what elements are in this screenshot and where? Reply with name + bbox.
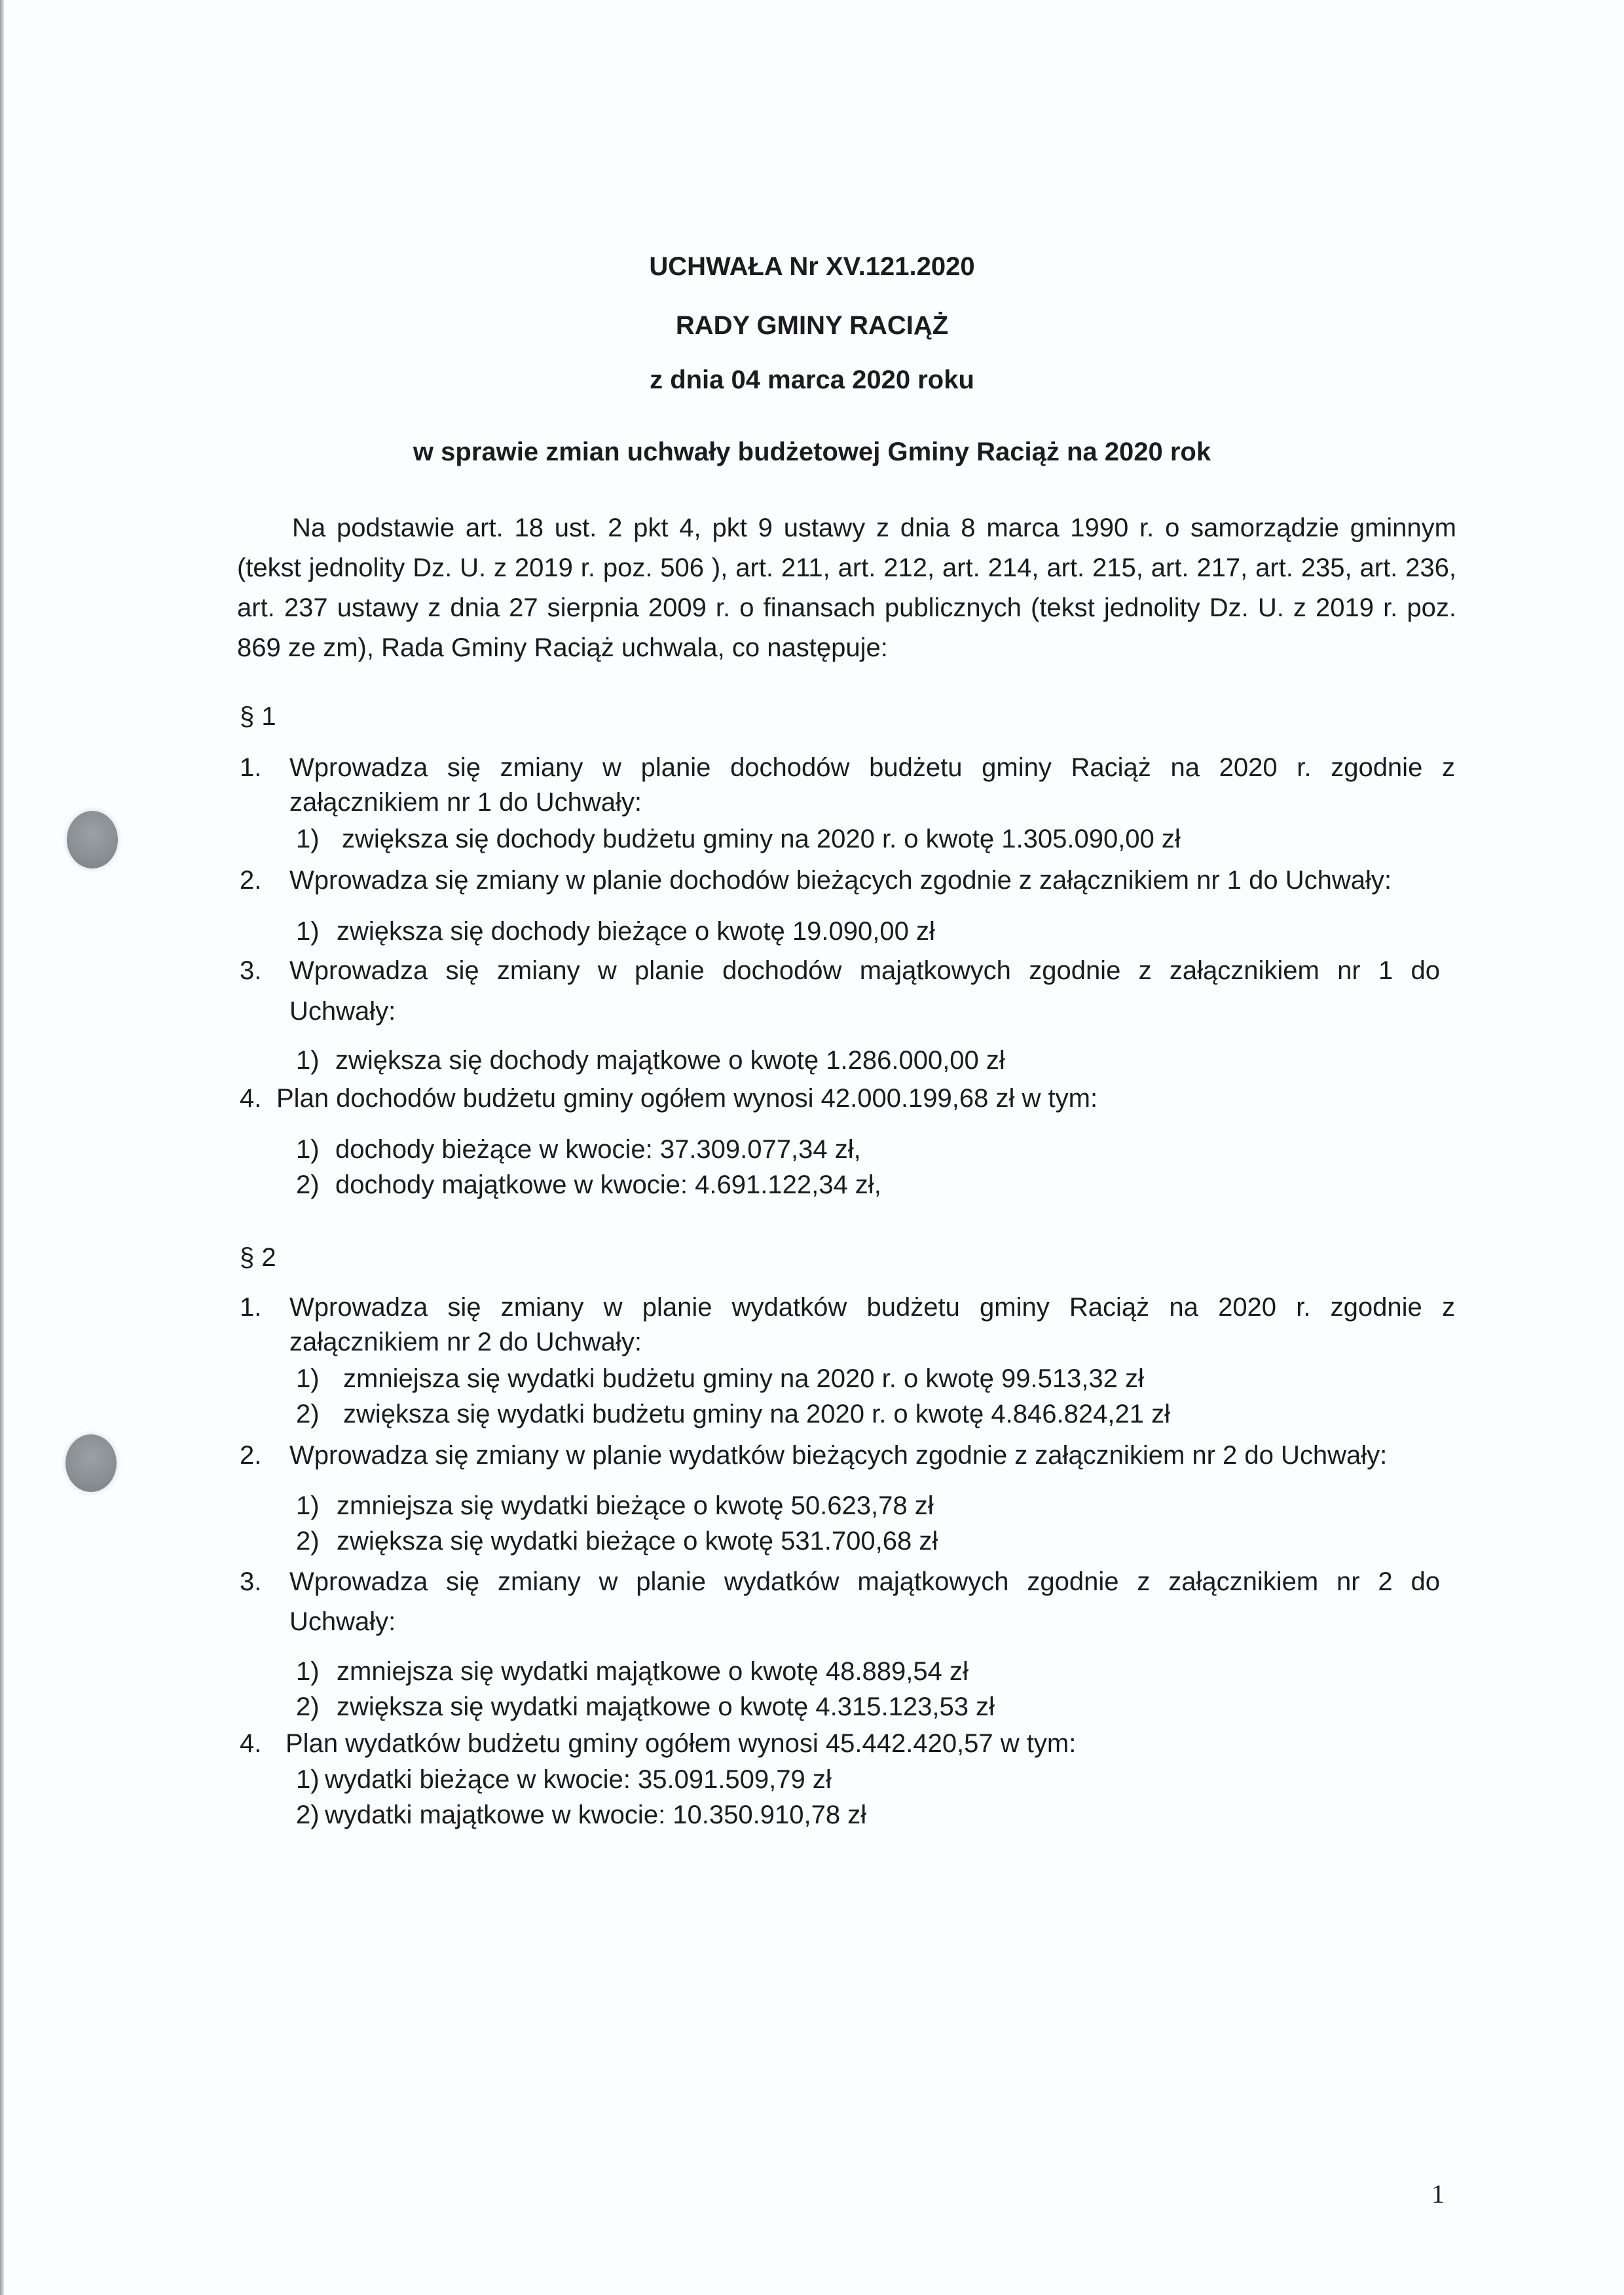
sub-item-text: zmniejsza się wydatki bieżące o kwotę 50… bbox=[337, 1491, 934, 1521]
resolution-subject: w sprawie zmian uchwały budżetowej Gminy… bbox=[0, 438, 1624, 467]
sub-item-text: wydatki bieżące w kwocie: 35.091.509,79 … bbox=[325, 1765, 832, 1795]
sub-number: 1) bbox=[296, 1491, 320, 1521]
list-number: 1. bbox=[240, 753, 261, 783]
sub-number: 2) bbox=[296, 1527, 320, 1556]
section-mark-2: § 2 bbox=[240, 1243, 276, 1273]
page-number: 1 bbox=[1431, 2178, 1445, 2209]
list-item-text: Wprowadza się zmiany w planie wydatków b… bbox=[289, 1293, 1455, 1322]
punch-hole bbox=[65, 1434, 117, 1492]
sub-item-text: zwiększa się wydatki budżetu gminy na 20… bbox=[343, 1400, 1170, 1429]
sub-item-text: zmniejsza się wydatki majątkowe o kwotę … bbox=[337, 1657, 969, 1687]
punch-hole bbox=[67, 811, 118, 868]
sub-item-text: dochody bieżące w kwocie: 37.309.077,34 … bbox=[335, 1135, 861, 1165]
sub-item-text: zwiększa się dochody budżetu gminy na 20… bbox=[342, 825, 1181, 854]
sub-number: 2) bbox=[296, 1400, 320, 1429]
list-item-text: Uchwały: bbox=[289, 997, 396, 1026]
sub-number: 1) bbox=[296, 1657, 320, 1687]
preamble: Na podstawie art. 18 ust. 2 pkt 4, pkt 9… bbox=[237, 508, 1456, 668]
list-item-text: Wprowadza się zmiany w planie dochodów b… bbox=[289, 753, 1455, 783]
list-number: 3. bbox=[240, 956, 261, 986]
sub-item-text: zwiększa się dochody majątkowe o kwotę 1… bbox=[335, 1046, 1005, 1075]
sub-item-text: zmniejsza się wydatki budżetu gminy na 2… bbox=[343, 1364, 1144, 1394]
list-item-text: Uchwały: bbox=[289, 1607, 396, 1637]
sub-number: 1) bbox=[296, 917, 320, 946]
sub-number: 1) bbox=[296, 1046, 320, 1075]
list-number: 1. bbox=[240, 1293, 261, 1322]
list-number: 4. bbox=[240, 1729, 261, 1759]
resolution-date: z dnia 04 marca 2020 roku bbox=[0, 365, 1624, 395]
scan-edge bbox=[0, 0, 4, 2295]
sub-number: 1) bbox=[296, 1364, 320, 1394]
sub-number: 1) bbox=[296, 825, 320, 854]
sub-item-text: zwiększa się wydatki majątkowe o kwotę 4… bbox=[337, 1692, 995, 1722]
list-item-text: Wprowadza się zmiany w planie dochodów b… bbox=[289, 866, 1392, 895]
sub-item-text: zwiększa się dochody bieżące o kwotę 19.… bbox=[337, 917, 935, 946]
list-number: 3. bbox=[240, 1567, 261, 1597]
section-mark-1: § 1 bbox=[240, 702, 276, 732]
list-item-text: Plan dochodów budżetu gminy ogółem wynos… bbox=[276, 1084, 1098, 1113]
list-item-text: Wprowadza się zmiany w planie wydatków m… bbox=[289, 1567, 1440, 1597]
list-number: 4. bbox=[240, 1084, 261, 1113]
sub-number: 1) bbox=[296, 1135, 320, 1165]
list-item-text: załącznikiem nr 1 do Uchwały: bbox=[289, 788, 642, 817]
sub-item-text: dochody majątkowe w kwocie: 4.691.122,34… bbox=[335, 1170, 881, 1200]
sub-number: 2) bbox=[296, 1692, 320, 1722]
list-item-text: Plan wydatków budżetu gminy ogółem wynos… bbox=[286, 1729, 1076, 1759]
sub-item-text: zwiększa się wydatki bieżące o kwotę 531… bbox=[337, 1527, 938, 1556]
resolution-title: UCHWAŁA Nr XV.121.2020 bbox=[0, 252, 1624, 282]
council-name: RADY GMINY RACIĄŻ bbox=[0, 311, 1624, 341]
list-item-text: Wprowadza się zmiany w planie wydatków b… bbox=[289, 1441, 1387, 1470]
list-number: 2. bbox=[240, 1441, 261, 1470]
sub-item-text: wydatki majątkowe w kwocie: 10.350.910,7… bbox=[325, 1801, 866, 1830]
list-item-text: załącznikiem nr 2 do Uchwały: bbox=[289, 1328, 642, 1357]
list-number: 2. bbox=[240, 866, 261, 895]
sub-number: 2) bbox=[296, 1801, 320, 1830]
sub-number: 2) bbox=[296, 1170, 320, 1200]
sub-number: 1) bbox=[296, 1765, 320, 1795]
list-item-text: Wprowadza się zmiany w planie dochodów m… bbox=[289, 956, 1440, 986]
